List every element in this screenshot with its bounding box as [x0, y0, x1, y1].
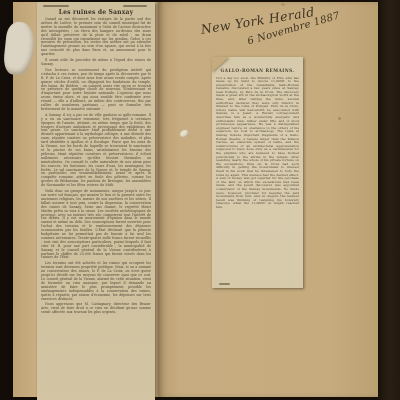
french-paragraph: Quand on eut découvert les vestiges de l… — [41, 18, 151, 57]
english-newspaper-clipping: GALLO-ROMAN REMAINS. Not a day too soon,… — [212, 57, 303, 288]
french-newspaper-clipping: Les ruines de Sanxay Quand on eut découv… — [37, 2, 155, 400]
french-paragraph: Nos lecteurs se souviennent du prodigieu… — [41, 69, 151, 112]
end-of-article-ink-mark — [219, 283, 230, 286]
english-article-body: Not a day too soon, the Ministry of Fine… — [212, 77, 303, 210]
paper-speck — [338, 117, 341, 120]
french-paragraph: Il serait utile de procéder de même à l'… — [41, 59, 151, 67]
french-paragraph: Nous apprenons que M. Castagnary, direct… — [41, 303, 151, 315]
folded-corner — [212, 57, 229, 72]
french-paragraph: A Sanxay, il n'y a pas eu de ville gaulo… — [41, 114, 151, 188]
french-paragraph: Voilà donc un groupe de monuments, uniqu… — [41, 190, 151, 260]
french-paragraph: Les terrains ont été achetés et les ruin… — [41, 262, 151, 301]
french-article-title: Les ruines de Sanxay — [39, 9, 153, 16]
scrapbook-scan: Les ruines de Sanxay Quand on eut découv… — [0, 0, 400, 400]
paper-speck — [281, 3, 285, 6]
french-article-body: Quand on eut découvert les vestiges de l… — [37, 18, 155, 315]
masthead-ink-fragment — [43, 5, 69, 8]
masthead-ink-fragment — [123, 5, 147, 8]
